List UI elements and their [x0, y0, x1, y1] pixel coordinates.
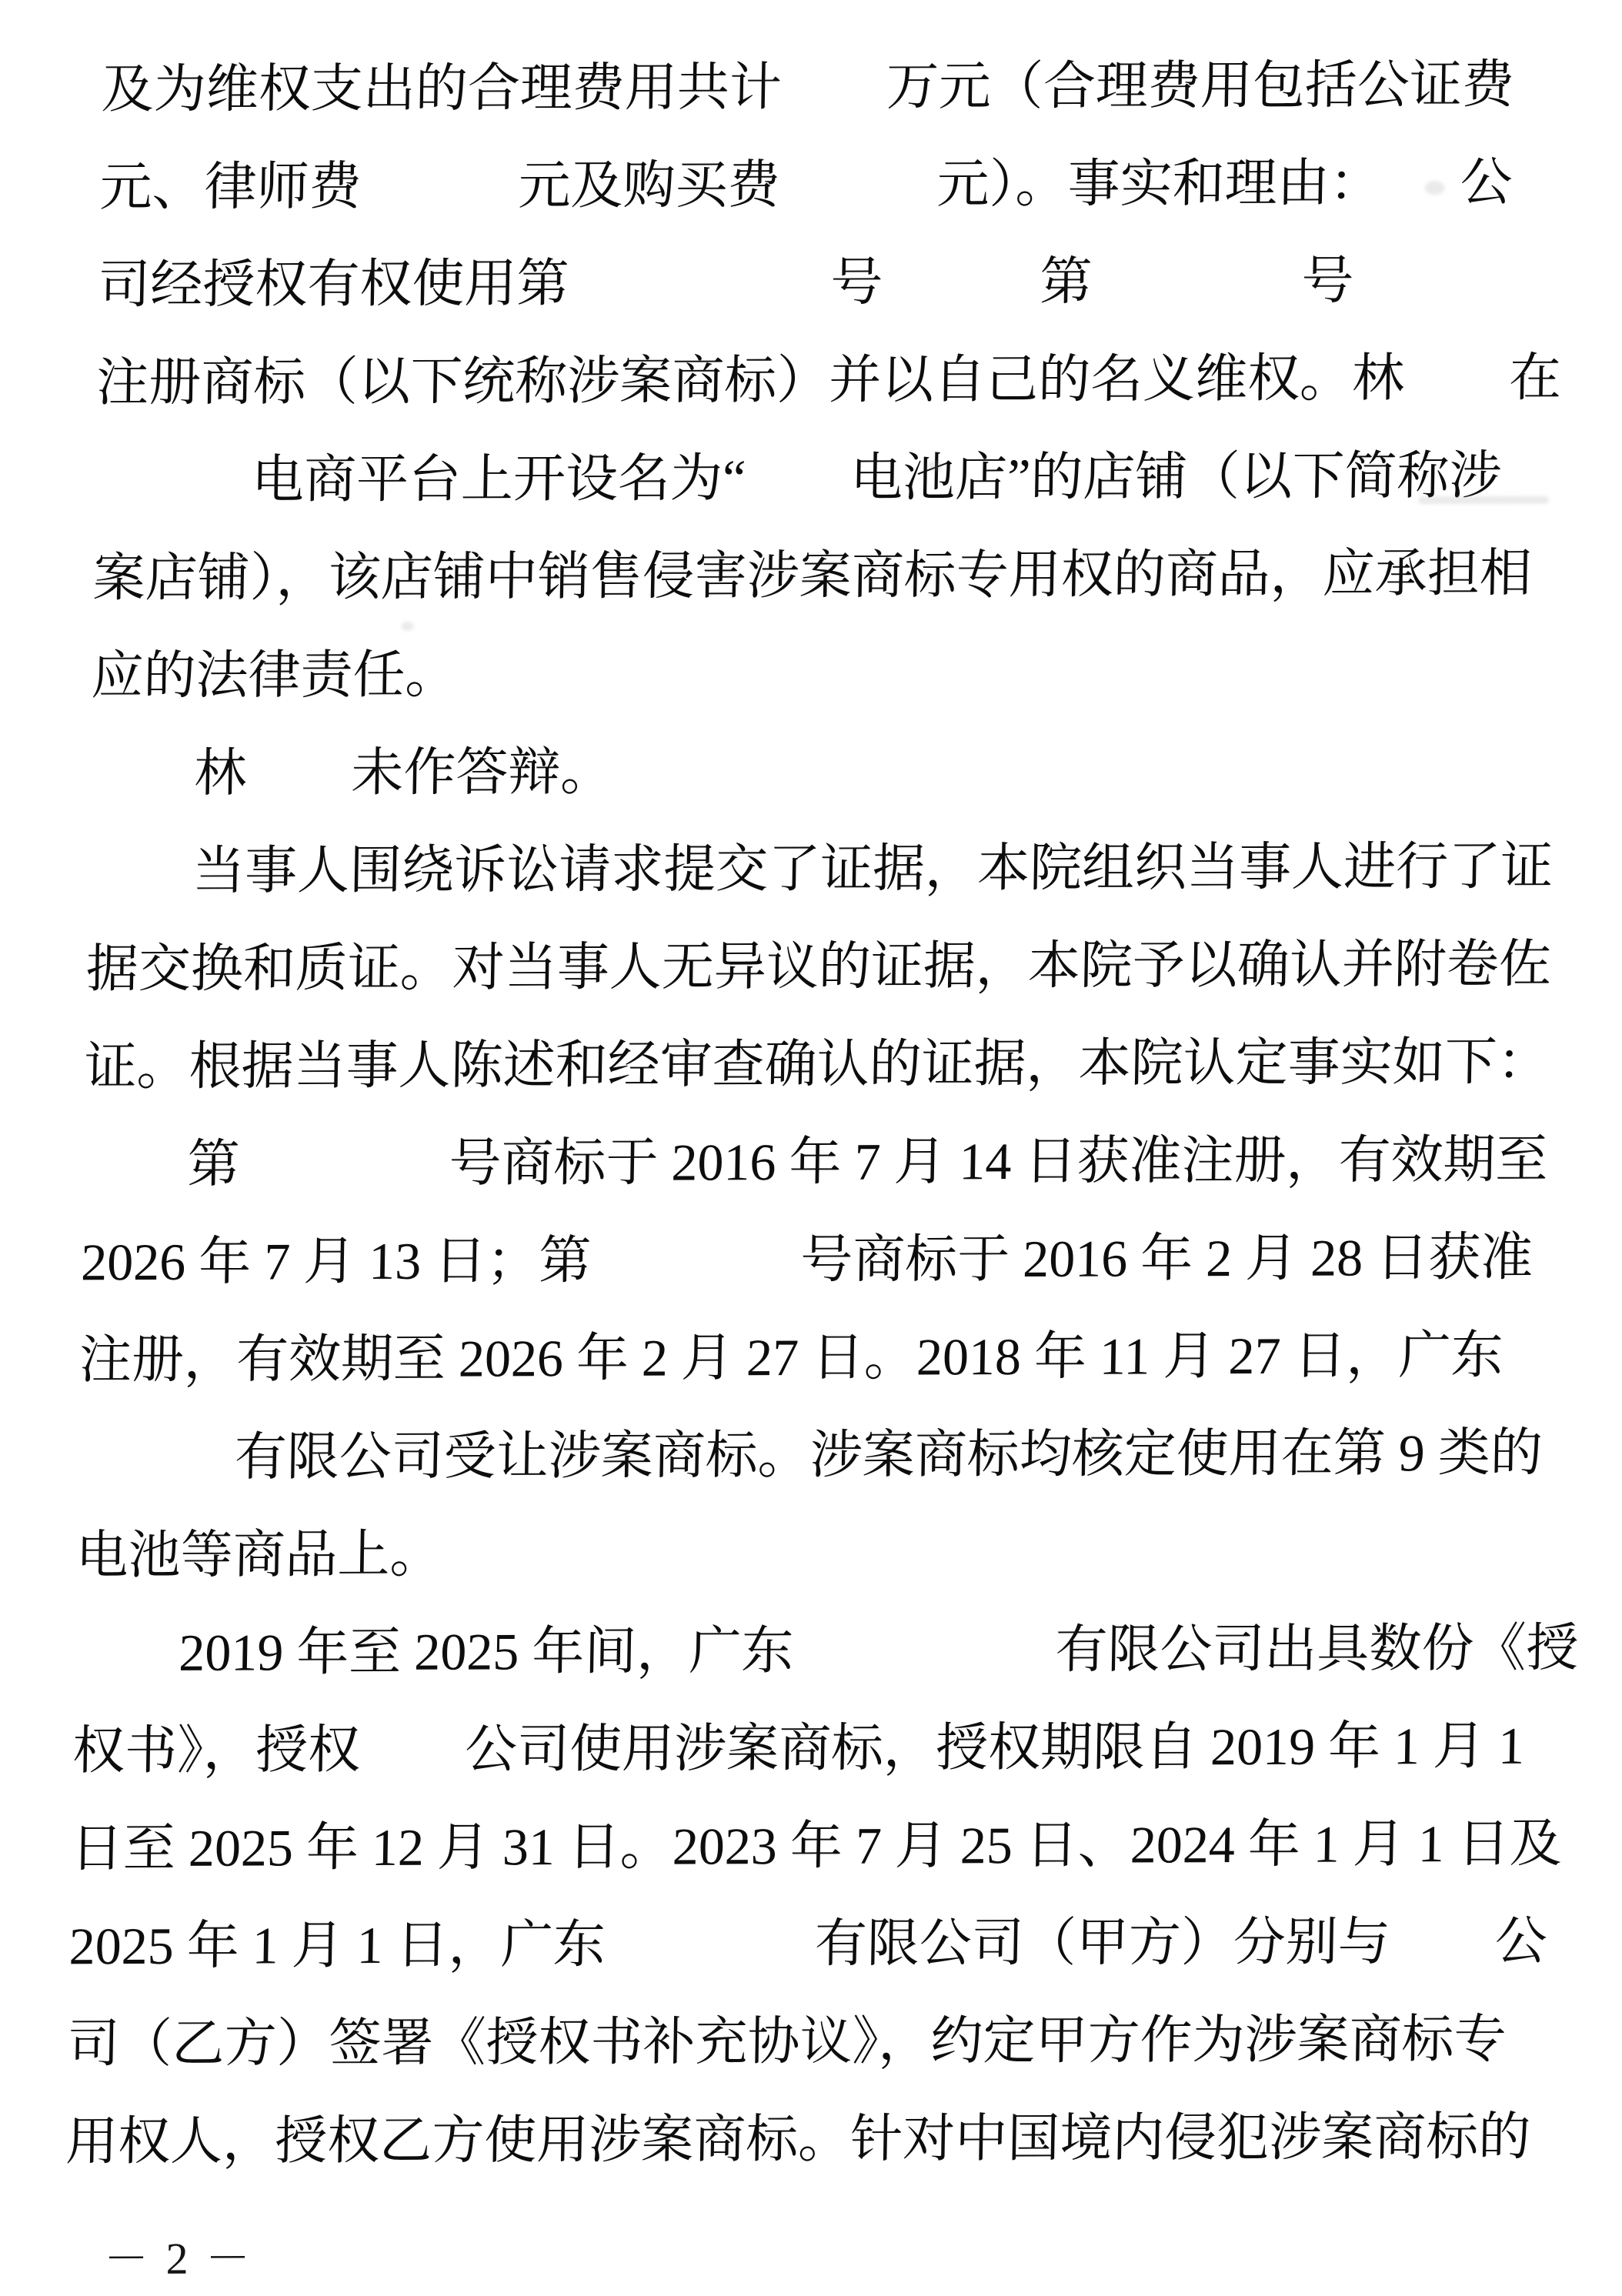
text-line: 当事人围绕诉讼请求提交了证据，本院组织当事人进行了证 — [87, 818, 1566, 921]
text-line: 林 未作答辩。 — [88, 720, 1567, 823]
text-line: 证。根据当事人陈述和经审查确认的证据，本院认定事实如下： — [84, 1013, 1563, 1116]
scan-artifact — [1418, 496, 1549, 505]
text-line: 权书》，授权 公司使用涉案商标，授权期限自 2019 年 1 月 1 — [72, 1697, 1550, 1800]
text-line: 应的法律责任。 — [90, 622, 1569, 726]
text-line: 据交换和质证。对当事人无异议的证据，本院予以确认并附卷佐 — [85, 916, 1564, 1019]
text-line: 案店铺），该店铺中销售侵害涉案商标专用权的商品，应承担相 — [92, 525, 1571, 628]
text-line: 有限公司受让涉案商标。涉案商标均核定使用在第 9 类的 — [77, 1404, 1556, 1507]
text-line: 注册商标（以下统称涉案商标）并以自己的名义维权。林 在 — [95, 329, 1574, 432]
text-line: 2019 年至 2025 年间，广东 有限公司出具数份《授 — [73, 1600, 1552, 1703]
text-line: 电池等商品上。 — [75, 1502, 1554, 1605]
text-line: 及为维权支出的合理费用共计 万元（合理费用包括公证费 — [101, 36, 1580, 139]
text-line: 第 号商标于 2016 年 7 月 14 日获准注册，有效期至 — [82, 1111, 1560, 1214]
scan-artifact — [1425, 181, 1445, 195]
text-line: 元、律师费 元及购买费 元）。事实和理由： 公 — [99, 134, 1578, 237]
scan-artifact — [927, 461, 943, 472]
page-number: － 2 － — [104, 2222, 253, 2288]
scan-artifact — [402, 622, 414, 631]
text-line: 用权人，授权乙方使用涉案商标。针对中国境内侵犯涉案商标的 — [65, 2088, 1544, 2191]
text-line: 电商平台上开设名为“ 电池店”的店铺（以下简称涉 — [94, 427, 1573, 530]
text-line: 日至 2025 年 12 月 31 日。2023 年 7 月 25 日、2024… — [70, 1795, 1549, 1898]
judgment-page: 及为维权支出的合理费用共计 万元（合理费用包括公证费 元、律师费 元及购买费 元… — [0, 0, 1622, 2296]
text-line: 司（乙方）签署《授权书补充协议》，约定甲方作为涉案商标专 — [66, 1991, 1545, 2094]
text-line: 2026 年 7 月 13 日；第 号商标于 2016 年 2 月 28 日获准 — [80, 1209, 1559, 1312]
text-line: 2025 年 1 月 1 日，广东 有限公司（甲方）分别与 公 — [68, 1893, 1547, 1996]
text-line: 注册，有效期至 2026 年 2 月 27 日。2018 年 11 月 27 日… — [78, 1307, 1557, 1410]
text-line: 司经授权有权使用第 号 第 号 — [97, 232, 1576, 335]
judgment-body-text: 及为维权支出的合理费用共计 万元（合理费用包括公证费 元、律师费 元及购买费 元… — [65, 36, 1580, 2191]
